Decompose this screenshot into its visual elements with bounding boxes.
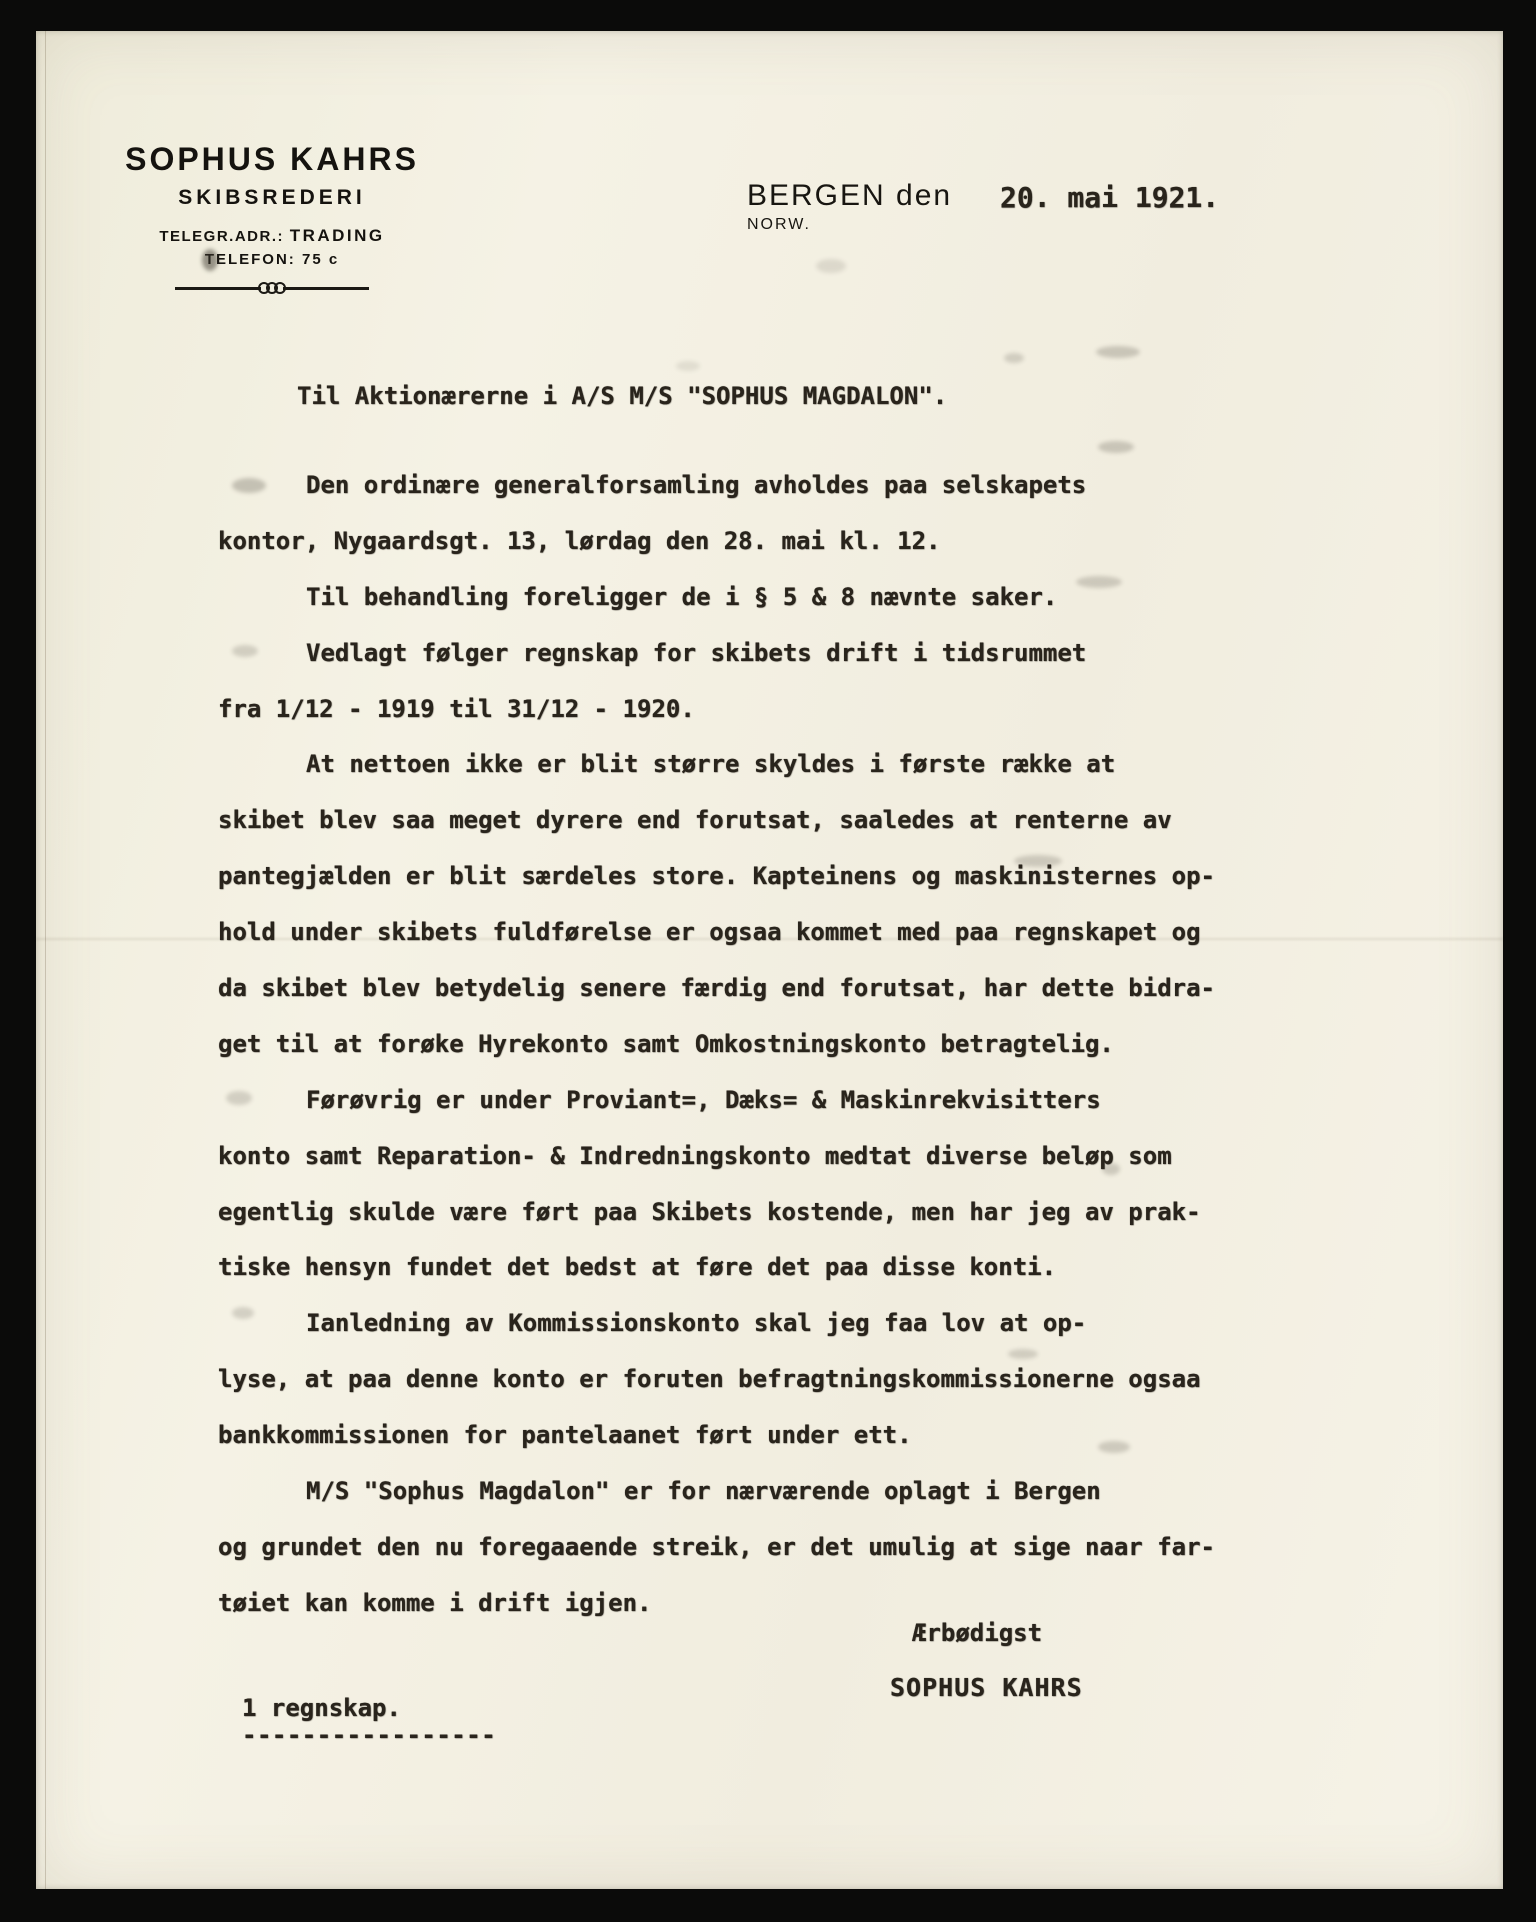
smudge [226,1091,252,1105]
letter-line: Den ordinære generalforsamling avholdes … [218,458,1215,514]
telegraph-label: TELEGR.ADR.: [159,228,284,245]
country-label: NORW. [747,216,952,234]
letter-line: pantegjælden er blit særdeles store. Kap… [218,849,1215,905]
smudge [232,1307,254,1319]
smudge [1102,1163,1120,1175]
letterhead: SOPHUS KAHRS SKIBSREDERI TELEGR.ADR.: TR… [100,141,444,294]
smudge [1096,346,1140,358]
letter-line: egentlig skulde være ført paa Skibets ko… [218,1185,1215,1241]
paper-edge-line [45,31,46,1889]
circles-icon [260,282,284,294]
letter-line: kontor, Nygaardsgt. 13, lørdag den 28. m… [218,514,1215,570]
phone-line: TELEFON: 75 c [100,251,444,268]
letter-line: Førøvrig er under Proviant=, Dæks= & Mas… [218,1073,1215,1129]
closing: Ærbødigst [912,1619,1042,1647]
city-label: BERGEN den [747,179,952,213]
signature: SOPHUS KAHRS [890,1673,1083,1702]
letter-line: tøiet kan komme i drift igjen. [218,1576,1215,1632]
letter-line: Vedlagt følger regnskap for skibets drif… [218,626,1215,682]
smudge [1076,576,1122,588]
telegraph-line: TELEGR.ADR.: TRADING [100,226,444,246]
smudge [1098,1441,1130,1453]
letter-line: og grundet den nu foregaaende streik, er… [218,1520,1215,1576]
letter-line: lyse, at paa denne konto er foruten befr… [218,1352,1215,1408]
letter-line: da skibet blev betydelig senere færdig e… [218,961,1215,1017]
smudge [202,249,218,271]
letter-line: hold under skibets fuldførelse er ogsaa … [218,905,1215,961]
enclosure-underline: ----------------- [242,1721,496,1749]
ornament-line-right [283,287,369,290]
enclosure-note: 1 regnskap. [242,1694,401,1722]
smudge [1008,1349,1038,1359]
smudge [1014,855,1062,867]
letter-line: Til behandling foreligger de i § 5 & 8 n… [218,570,1215,626]
smudge [1098,441,1134,453]
letter-body: Den ordinære generalforsamling avholdes … [218,458,1215,1632]
letter-line: konto samt Reparation- & Indredningskont… [218,1129,1215,1185]
typed-date: 20. mai 1921. [1000,181,1219,214]
smudge [1004,353,1024,363]
letter-line: tiske hensyn fundet det bedst at føre de… [218,1240,1215,1296]
company-subtitle: SKIBSREDERI [100,186,444,210]
smudge [676,361,700,371]
letter-line: Ianledning av Kommissionskonto skal jeg … [218,1296,1215,1352]
smudge [232,645,258,657]
letter-line: At nettoen ikke er blit større skyldes i… [218,737,1215,793]
telegraph-value: TRADING [290,226,385,245]
ornament-line-left [175,287,261,290]
salutation: Til Aktionærerne i A/S M/S "SOPHUS MAGDA… [297,382,947,410]
letter-line: M/S "Sophus Magdalon" er for nærværende … [218,1464,1215,1520]
ornament-divider [100,282,444,294]
scanned-letter: SOPHUS KAHRS SKIBSREDERI TELEGR.ADR.: TR… [0,0,1536,1922]
letter-line: bankkommissionen for pantelaanet ført un… [218,1408,1215,1464]
letter-line: skibet blev saa meget dyrere end forutsa… [218,793,1215,849]
smudge [232,478,266,493]
letter-line: fra 1/12 - 1919 til 31/12 - 1920. [218,682,1215,738]
dateline: BERGEN den NORW. [747,179,952,234]
smudge [816,259,846,273]
company-name: SOPHUS KAHRS [100,141,444,178]
letter-line: get til at forøke Hyrekonto samt Omkostn… [218,1017,1215,1073]
paper: SOPHUS KAHRS SKIBSREDERI TELEGR.ADR.: TR… [36,31,1503,1889]
